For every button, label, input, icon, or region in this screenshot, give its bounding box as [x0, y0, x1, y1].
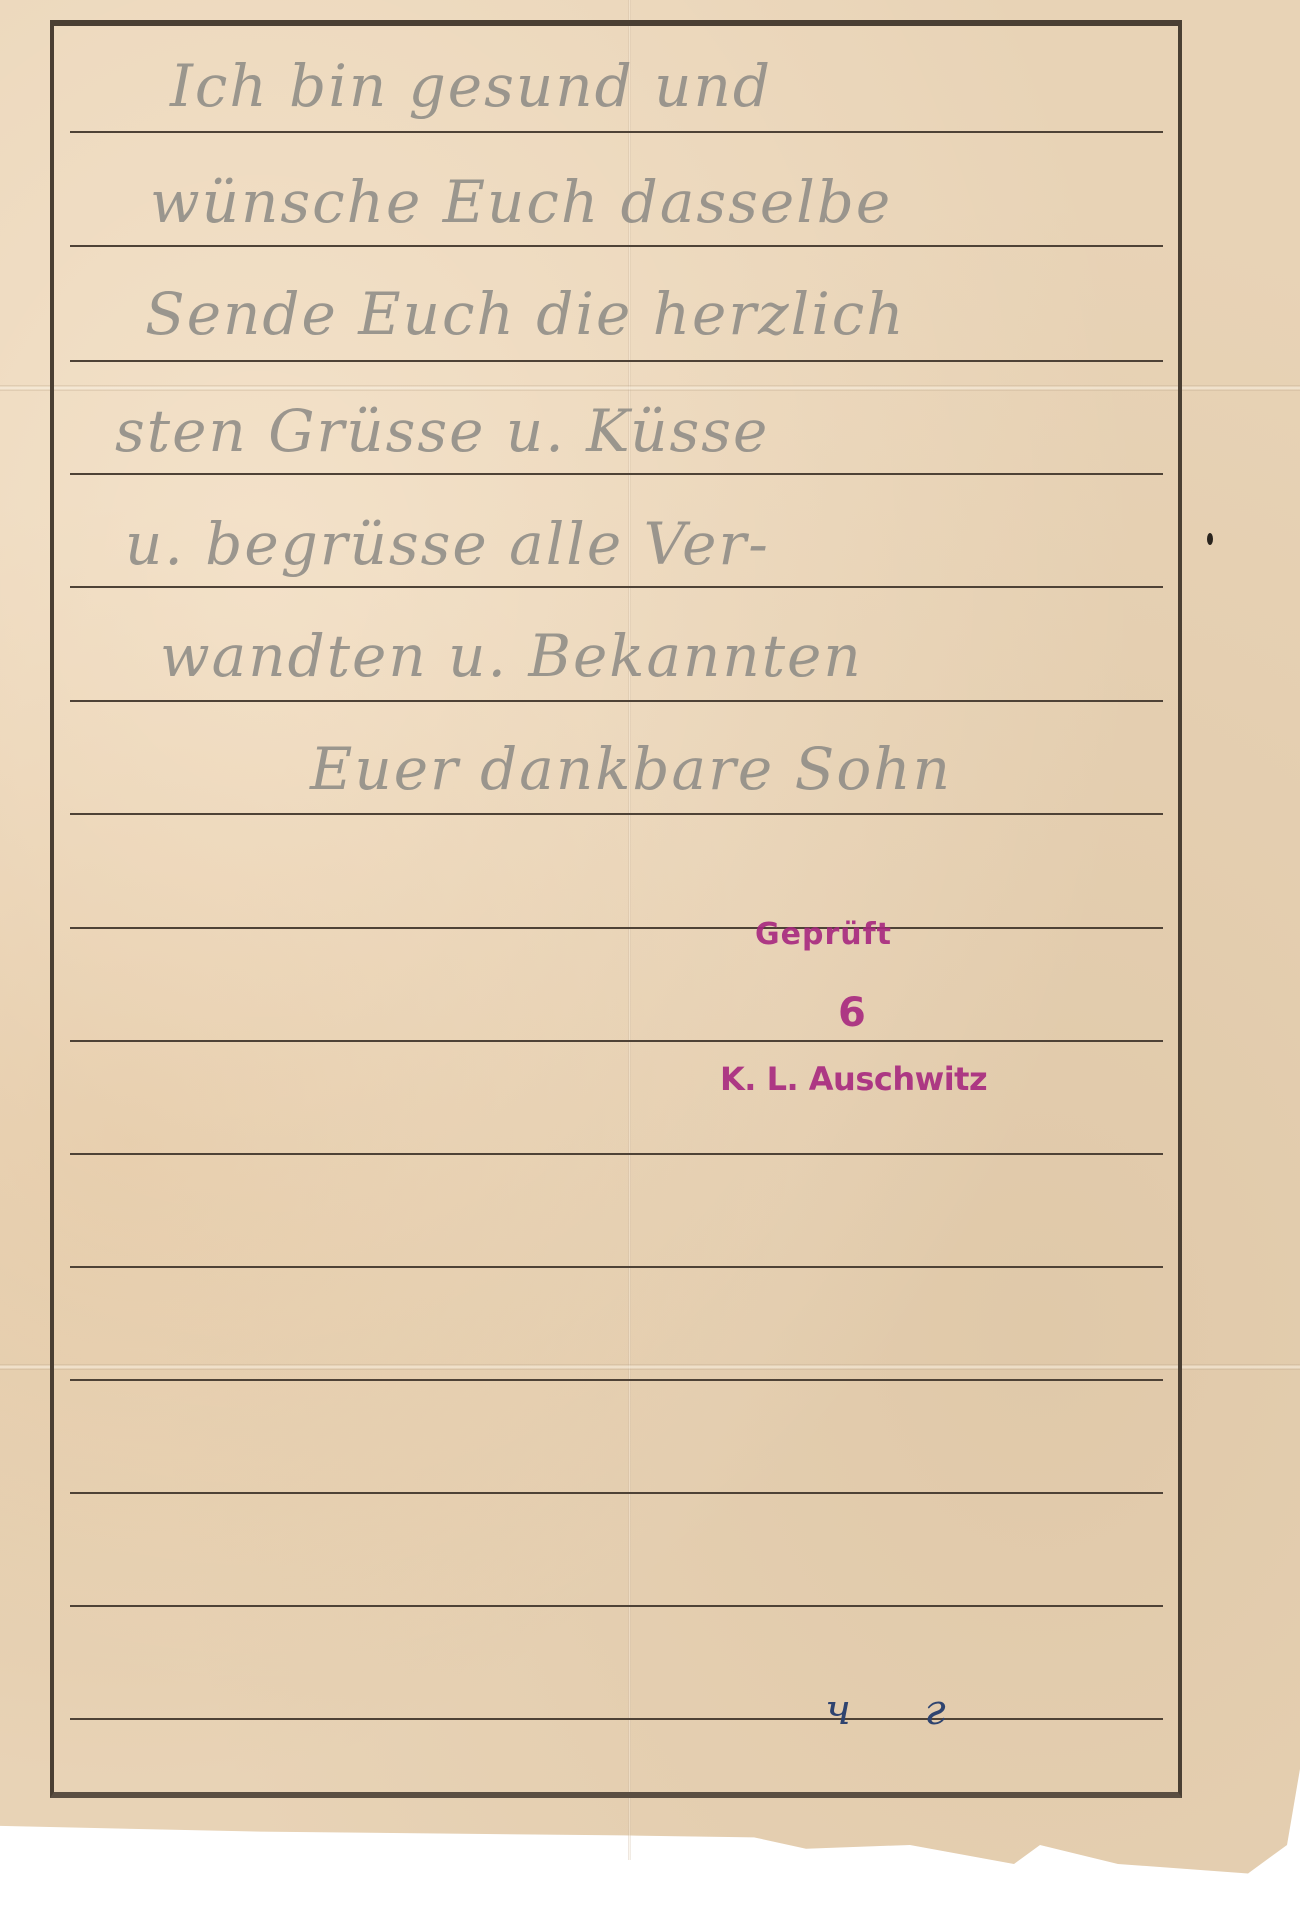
ruled-line — [70, 473, 1163, 475]
handwriting-line-1: Ich bin gesund und — [170, 52, 772, 120]
ink-spot — [1207, 533, 1213, 545]
censor-stamp-camp: K. L. Auschwitz — [720, 1060, 987, 1098]
ruled-line — [70, 1492, 1163, 1494]
ruled-line — [70, 700, 1163, 702]
ruled-line — [70, 1605, 1163, 1607]
handwriting-line-2: wünsche Euch dasselbe — [150, 168, 892, 236]
ruled-line — [70, 813, 1163, 815]
ruled-line — [70, 1379, 1163, 1381]
ruled-line — [70, 131, 1163, 133]
censor-stamp-checked: Geprüft — [755, 917, 892, 952]
handwriting-line-3: Sende Euch die herzlich — [145, 280, 906, 348]
ruled-line — [70, 586, 1163, 588]
ruled-line — [70, 1718, 1163, 1720]
ruled-line — [70, 360, 1163, 362]
ruled-line — [70, 1040, 1163, 1042]
handwriting-signature: Euer dankbare Sohn — [310, 735, 952, 803]
blue-ink-marks: ч г — [825, 1685, 976, 1734]
handwriting-line-5: u. begrüsse alle Ver- — [125, 510, 770, 578]
handwriting-line-4: sten Grüsse u. Küsse — [115, 397, 769, 465]
censor-stamp-number: 6 — [838, 990, 866, 1036]
ruled-line — [70, 1266, 1163, 1268]
handwriting-line-6: wandten u. Bekannten — [160, 622, 863, 690]
ruled-line — [70, 1153, 1163, 1155]
ruled-line — [70, 245, 1163, 247]
ruled-line — [70, 927, 1163, 929]
